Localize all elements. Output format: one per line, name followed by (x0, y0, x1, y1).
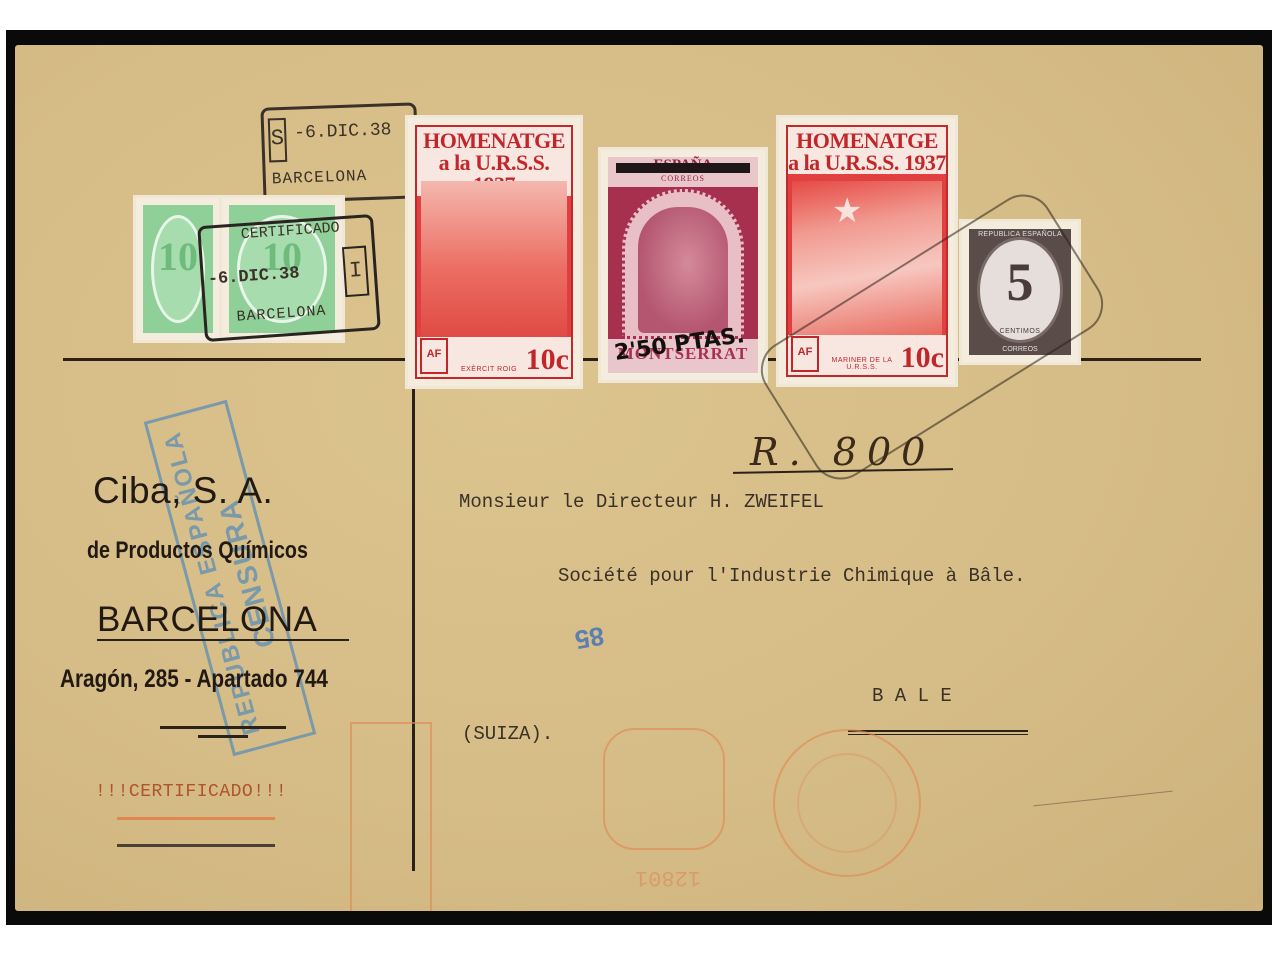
soldiers-illustration (421, 181, 567, 337)
meter-frame-left (350, 722, 432, 911)
handwritten-registration-note: R. 800 (750, 430, 935, 474)
registered-postmark-left: CERTIFICADO -6.DIC.38 I BARCELONA (197, 214, 381, 342)
blue-pencil-number: 85 (573, 620, 607, 656)
envelope: S -6.DIC.38 BARCELONA 10 10 CERTIFICADO … (15, 45, 1263, 911)
sender-city: BARCELONA (97, 600, 317, 640)
recipient-line-2: Société pour l'Industrie Chimique à Bâle… (558, 565, 1025, 587)
sender-subtitle: de Productos Químicos (87, 537, 308, 565)
recipient-city: B A L E (872, 685, 952, 707)
sender-address: Aragón, 285 - Apartado 744 (60, 665, 328, 694)
recipient-line-1: Monsieur le Directeur H. ZWEIFEL (459, 491, 824, 513)
star-icon: ★ (832, 191, 862, 231)
certificado-label: !!!CERTIFICADO!!! (95, 782, 287, 802)
af-logo-icon: AF (420, 338, 448, 374)
recipient-country: (SUIZA). (462, 723, 553, 745)
surcharge-bar (616, 163, 750, 173)
censor-handstamp: REPUBLICA ESPAÑOLA CENSURA (144, 400, 317, 756)
meter-octagon (603, 728, 725, 850)
meter-number: 12801 (635, 865, 701, 890)
sender-name: Ciba, S. A. (93, 470, 273, 512)
stamp-montserrat-surcharge: ESPAÑACORREOS MONTSERRAT 2'50 PTAS. (601, 150, 765, 380)
virgin-portrait (638, 207, 728, 333)
registered-postmark-top: S -6.DIC.38 BARCELONA (260, 102, 419, 203)
stamp-homenatge-urss-exercit-roig: HOMENATGE a la U.R.S.S. 1937 AF EXÈRCIT … (408, 118, 580, 386)
